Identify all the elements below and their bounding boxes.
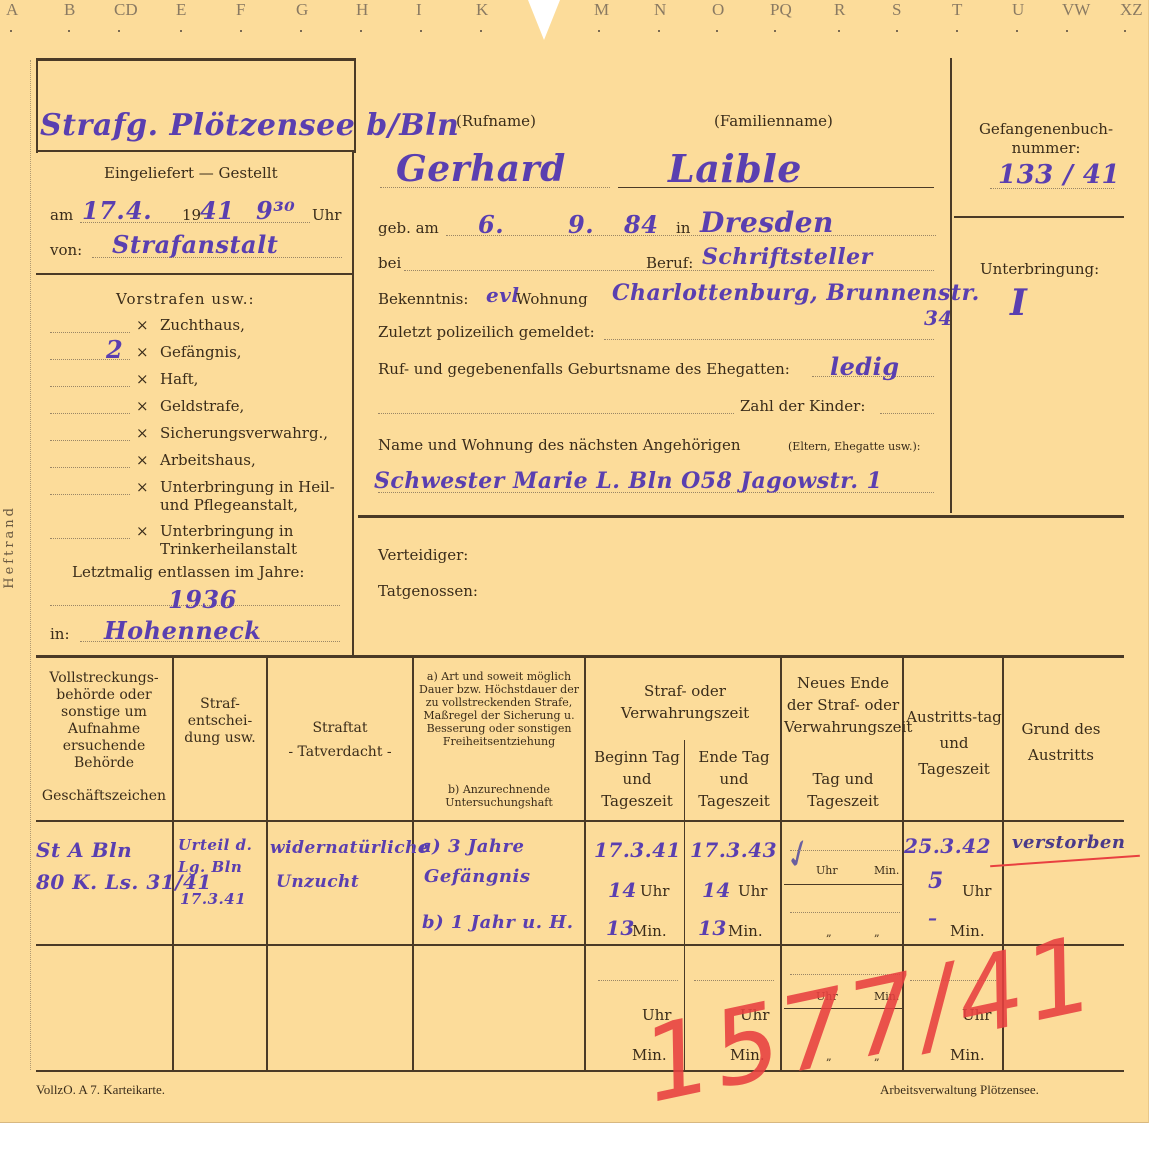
residence-label: Wohnung bbox=[516, 290, 588, 308]
residence: Charlottenburg, Brunnenstr. bbox=[612, 280, 980, 306]
defender-label: Verteidiger: bbox=[378, 546, 468, 564]
admission-date-label: am bbox=[50, 206, 73, 224]
release-place-value: Hohenneck bbox=[104, 616, 261, 645]
near-label: bei bbox=[378, 254, 401, 272]
dotted-line bbox=[50, 494, 130, 495]
born-label: geb. am bbox=[378, 219, 439, 237]
frame-line bbox=[36, 58, 356, 61]
frame-line bbox=[36, 273, 354, 275]
prior-sentence-item: Unterbringung in Trinkerheilanstalt bbox=[160, 522, 346, 558]
admission-year: 41 bbox=[200, 196, 234, 225]
occupation-label: Beruf: bbox=[646, 254, 693, 272]
row1-begin-min-unit: Min. bbox=[632, 922, 667, 940]
col-authority-ref-header: Geschäftszeichen bbox=[36, 788, 172, 805]
col-exit-header: Austritts-tag und Tageszeit bbox=[906, 704, 1002, 782]
col-offense-header: Straftat bbox=[272, 720, 408, 737]
index-dot bbox=[10, 30, 12, 32]
index-dot bbox=[480, 30, 482, 32]
row1-exit-date: 25.3.42 bbox=[904, 834, 991, 858]
dotted-line bbox=[50, 440, 130, 441]
index-tab-xz: XZ bbox=[1120, 0, 1143, 20]
index-tab-i: I bbox=[416, 0, 422, 20]
dotted-line bbox=[378, 413, 734, 414]
religion: evl bbox=[486, 283, 519, 307]
index-card: ABCDEFGHIKMNOPQRSTUVWXZ Heftrand Strafg.… bbox=[0, 0, 1149, 1123]
admission-heading: Eingeliefert — Gestellt bbox=[104, 164, 278, 182]
index-tab-g: G bbox=[296, 0, 308, 20]
prior-sentence-item: Haft, bbox=[160, 370, 346, 388]
release-place-label: in: bbox=[50, 625, 70, 643]
index-tabs: ABCDEFGHIKMNOPQRSTUVWXZ bbox=[0, 0, 1148, 20]
col-new-end-header: Neues Ende der Straf- oder Verwahrungsze… bbox=[784, 672, 902, 738]
binding-edge bbox=[30, 60, 31, 1070]
dotted-line bbox=[790, 850, 900, 851]
born-day: 6. bbox=[478, 210, 504, 239]
row1-begin-hour: 14 bbox=[608, 878, 637, 902]
index-tab-m: M bbox=[594, 0, 609, 20]
relative-hint: (Eltern, Ehegatte usw.): bbox=[788, 440, 921, 453]
row1-ditto-2: „ bbox=[874, 926, 880, 939]
prior-sentence-item: Zuchthaus, bbox=[160, 316, 346, 334]
row1-new-end-min-unit: Min. bbox=[874, 864, 899, 877]
last-registered-label: Zuletzt polizeilich gemeldet: bbox=[378, 323, 595, 341]
index-tab-e: E bbox=[176, 0, 186, 20]
prior-sentence-item: Unterbringung in Heil- und Pflegeanstalt… bbox=[160, 478, 346, 514]
col-new-end-subheader: Tag und Tageszeit bbox=[784, 768, 902, 812]
dotted-line bbox=[50, 467, 130, 468]
col-decision-header: Straf-entschei-dung usw. bbox=[182, 696, 258, 747]
register-number: 133 / 41 bbox=[998, 160, 1120, 190]
dotted-line bbox=[50, 386, 130, 387]
row1-exit-min: – bbox=[928, 908, 938, 929]
index-tab-t: T bbox=[952, 0, 962, 20]
index-dot bbox=[1124, 30, 1126, 32]
col-offense-subheader: - Tatverdacht - bbox=[272, 744, 408, 761]
index-dot bbox=[716, 30, 718, 32]
prior-sentence-item: Gefängnis, bbox=[160, 343, 346, 361]
red-underline bbox=[990, 855, 1140, 867]
last-name-label: (Familienname) bbox=[714, 112, 833, 130]
index-dot bbox=[1066, 30, 1068, 32]
index-dot bbox=[896, 30, 898, 32]
index-dot bbox=[300, 30, 302, 32]
index-tab-u: U bbox=[1012, 0, 1024, 20]
column-line bbox=[172, 658, 174, 1070]
admission-day: 17. bbox=[82, 196, 125, 225]
row1-end-min: 13 bbox=[698, 916, 727, 940]
col-type-b-header: b) Anzurechnende Untersuchungshaft bbox=[418, 783, 580, 809]
occupation: Schriftsteller bbox=[702, 244, 873, 270]
col-begin-header: Beginn Tag und Tageszeit bbox=[590, 746, 684, 812]
index-dot bbox=[598, 30, 600, 32]
dotted-line bbox=[50, 413, 130, 414]
form-code: VollzO. A 7. Karteikarte. bbox=[36, 1082, 165, 1098]
frame-line bbox=[950, 58, 952, 513]
row1-decision-2: Lg. Bln bbox=[178, 858, 242, 876]
dotted-line bbox=[50, 538, 130, 539]
born-place: Dresden bbox=[700, 206, 834, 239]
dotted-line bbox=[790, 912, 900, 913]
column-line bbox=[266, 658, 268, 1070]
cross-icon: × bbox=[136, 522, 149, 540]
cross-icon: × bbox=[136, 478, 149, 496]
table-top-line bbox=[36, 655, 1124, 658]
row1-exit-reason: verstorben bbox=[1012, 832, 1125, 853]
placement-value: I bbox=[1010, 282, 1027, 324]
residence-number: 34 bbox=[924, 306, 953, 330]
index-tab-pq: PQ bbox=[770, 0, 792, 20]
admission-from-label: von: bbox=[50, 241, 82, 259]
born-in-label: in bbox=[676, 219, 690, 237]
index-dot bbox=[956, 30, 958, 32]
admission-month: 4. bbox=[126, 196, 152, 225]
last-release-label: Letztmalig entlassen im Jahre: bbox=[72, 563, 304, 581]
col-authority-header: Vollstreckungs-behörde oder sonstige um … bbox=[36, 670, 172, 772]
relative-value: Schwester Marie L. Bln O58 Jagowstr. 1 bbox=[374, 468, 882, 494]
row1-authority: St A Bln bbox=[36, 838, 132, 862]
born-year: 84 bbox=[624, 210, 658, 239]
dotted-line bbox=[446, 235, 936, 236]
dotted-line bbox=[50, 332, 130, 333]
admission-time-label: Uhr bbox=[312, 206, 341, 224]
admission-time: 9³⁰ bbox=[256, 196, 295, 225]
dotted-line bbox=[880, 413, 934, 414]
sub-line bbox=[784, 884, 902, 885]
index-dot bbox=[420, 30, 422, 32]
row1-type-b: b) 1 Jahr u. H. bbox=[422, 912, 574, 933]
row1-type-a: a) 3 Jahre bbox=[420, 836, 524, 857]
row1-exit-hour-unit: Uhr bbox=[962, 882, 991, 900]
row1-begin-hour-unit: Uhr bbox=[640, 882, 669, 900]
binding-margin-label: Heftrand bbox=[2, 505, 17, 589]
row1-end-hour-unit: Uhr bbox=[738, 882, 767, 900]
prior-sentence-item: Sicherungsverwahrg., bbox=[160, 424, 346, 442]
frame-line bbox=[36, 58, 38, 153]
spouse-value: ledig bbox=[830, 352, 900, 381]
index-tab-o: O bbox=[712, 0, 724, 20]
index-dot bbox=[658, 30, 660, 32]
first-name: Gerhard bbox=[396, 148, 566, 190]
admission-from-value: Strafanstalt bbox=[112, 230, 278, 259]
placement-label: Unterbringung: bbox=[980, 260, 1099, 278]
cross-icon: × bbox=[136, 343, 149, 361]
row1-begin-date: 17.3.41 bbox=[594, 838, 681, 862]
row1-exit-hour: 5 bbox=[928, 868, 944, 894]
index-tab-cd: CD bbox=[114, 0, 138, 20]
row1-decision-date: 17.3.41 bbox=[180, 890, 246, 908]
prior-sentences-heading: Vorstrafen usw.: bbox=[116, 290, 255, 308]
index-tab-vw: VW bbox=[1062, 0, 1090, 20]
spouse-label: Ruf- und gegebenenfalls Geburtsname des … bbox=[378, 360, 790, 378]
last-name: Laible bbox=[668, 146, 802, 191]
index-tab-k: K bbox=[476, 0, 488, 20]
index-tab-s: S bbox=[892, 0, 901, 20]
cross-icon: × bbox=[136, 370, 149, 388]
frame-line bbox=[36, 150, 37, 655]
column-line bbox=[412, 658, 414, 1070]
index-dot bbox=[68, 30, 70, 32]
index-dot bbox=[240, 30, 242, 32]
row1-decision-1: Urteil d. bbox=[178, 836, 252, 854]
prior-sentence-item: Arbeitshaus, bbox=[160, 451, 346, 469]
index-dot bbox=[360, 30, 362, 32]
index-dot bbox=[1016, 30, 1018, 32]
cross-icon: × bbox=[136, 316, 149, 334]
col-end-header: Ende Tag und Tageszeit bbox=[688, 746, 780, 812]
cross-icon: × bbox=[136, 424, 149, 442]
row1-new-end-hour-unit: Uhr bbox=[816, 864, 838, 877]
frame-line bbox=[358, 515, 1124, 518]
index-tab-n: N bbox=[654, 0, 666, 20]
last-release-year: 1936 bbox=[168, 585, 237, 614]
cross-icon: × bbox=[136, 451, 149, 469]
index-dot bbox=[180, 30, 182, 32]
first-name-label: (Rufname) bbox=[456, 112, 536, 130]
table-bottom-line bbox=[36, 1070, 1124, 1072]
index-tab-a: A bbox=[6, 0, 18, 20]
relative-label: Name und Wohnung des nächsten Angehörige… bbox=[378, 436, 740, 454]
index-tab-f: F bbox=[236, 0, 245, 20]
printer-note: Arbeitsverwaltung Plötzensee. bbox=[880, 1082, 1039, 1098]
index-dot bbox=[838, 30, 840, 32]
index-tab-b: B bbox=[64, 0, 75, 20]
col-period-header: Straf- oder Verwahrungszeit bbox=[590, 680, 780, 724]
row1-ditto-1: „ bbox=[826, 926, 832, 939]
index-tab-h: H bbox=[356, 0, 368, 20]
frame-line bbox=[352, 150, 354, 655]
row1-end-date: 17.3.43 bbox=[690, 838, 777, 862]
index-dot bbox=[118, 30, 120, 32]
table-header-line bbox=[36, 820, 1124, 822]
row1-offense-2: Unzucht bbox=[276, 872, 359, 892]
row1-end-hour: 14 bbox=[702, 878, 731, 902]
register-number-label: Gefangenenbuch-nummer: bbox=[976, 120, 1116, 158]
column-line bbox=[584, 658, 586, 1070]
prior-sentence-count: 2 bbox=[106, 335, 123, 364]
index-tab-r: R bbox=[834, 0, 845, 20]
cross-icon: × bbox=[136, 397, 149, 415]
row1-begin-min: 13 bbox=[606, 916, 635, 940]
dotted-line bbox=[598, 980, 678, 981]
admission-year-prefix: 19 bbox=[182, 206, 201, 224]
row1-end-min-unit: Min. bbox=[728, 922, 763, 940]
row1-type-a2: Gefängnis bbox=[424, 866, 530, 887]
dotted-line bbox=[604, 339, 934, 340]
institution-handwritten: Strafg. Plötzensee b/Bln bbox=[40, 108, 459, 143]
religion-label: Bekenntnis: bbox=[378, 290, 468, 308]
row1-offense-1: widernatürliche bbox=[270, 838, 429, 858]
born-month: 9. bbox=[568, 210, 594, 239]
index-dot bbox=[774, 30, 776, 32]
frame-line bbox=[36, 150, 356, 152]
col-type-a-header: a) Art und soweit möglich Dauer bzw. Höc… bbox=[418, 670, 580, 748]
prior-sentence-item: Geldstrafe, bbox=[160, 397, 346, 415]
accomplices-label: Tatgenossen: bbox=[378, 582, 478, 600]
children-label: Zahl der Kinder: bbox=[740, 397, 865, 415]
col-reason-header: Grund des Austritts bbox=[1006, 716, 1116, 768]
frame-line bbox=[954, 216, 1124, 218]
